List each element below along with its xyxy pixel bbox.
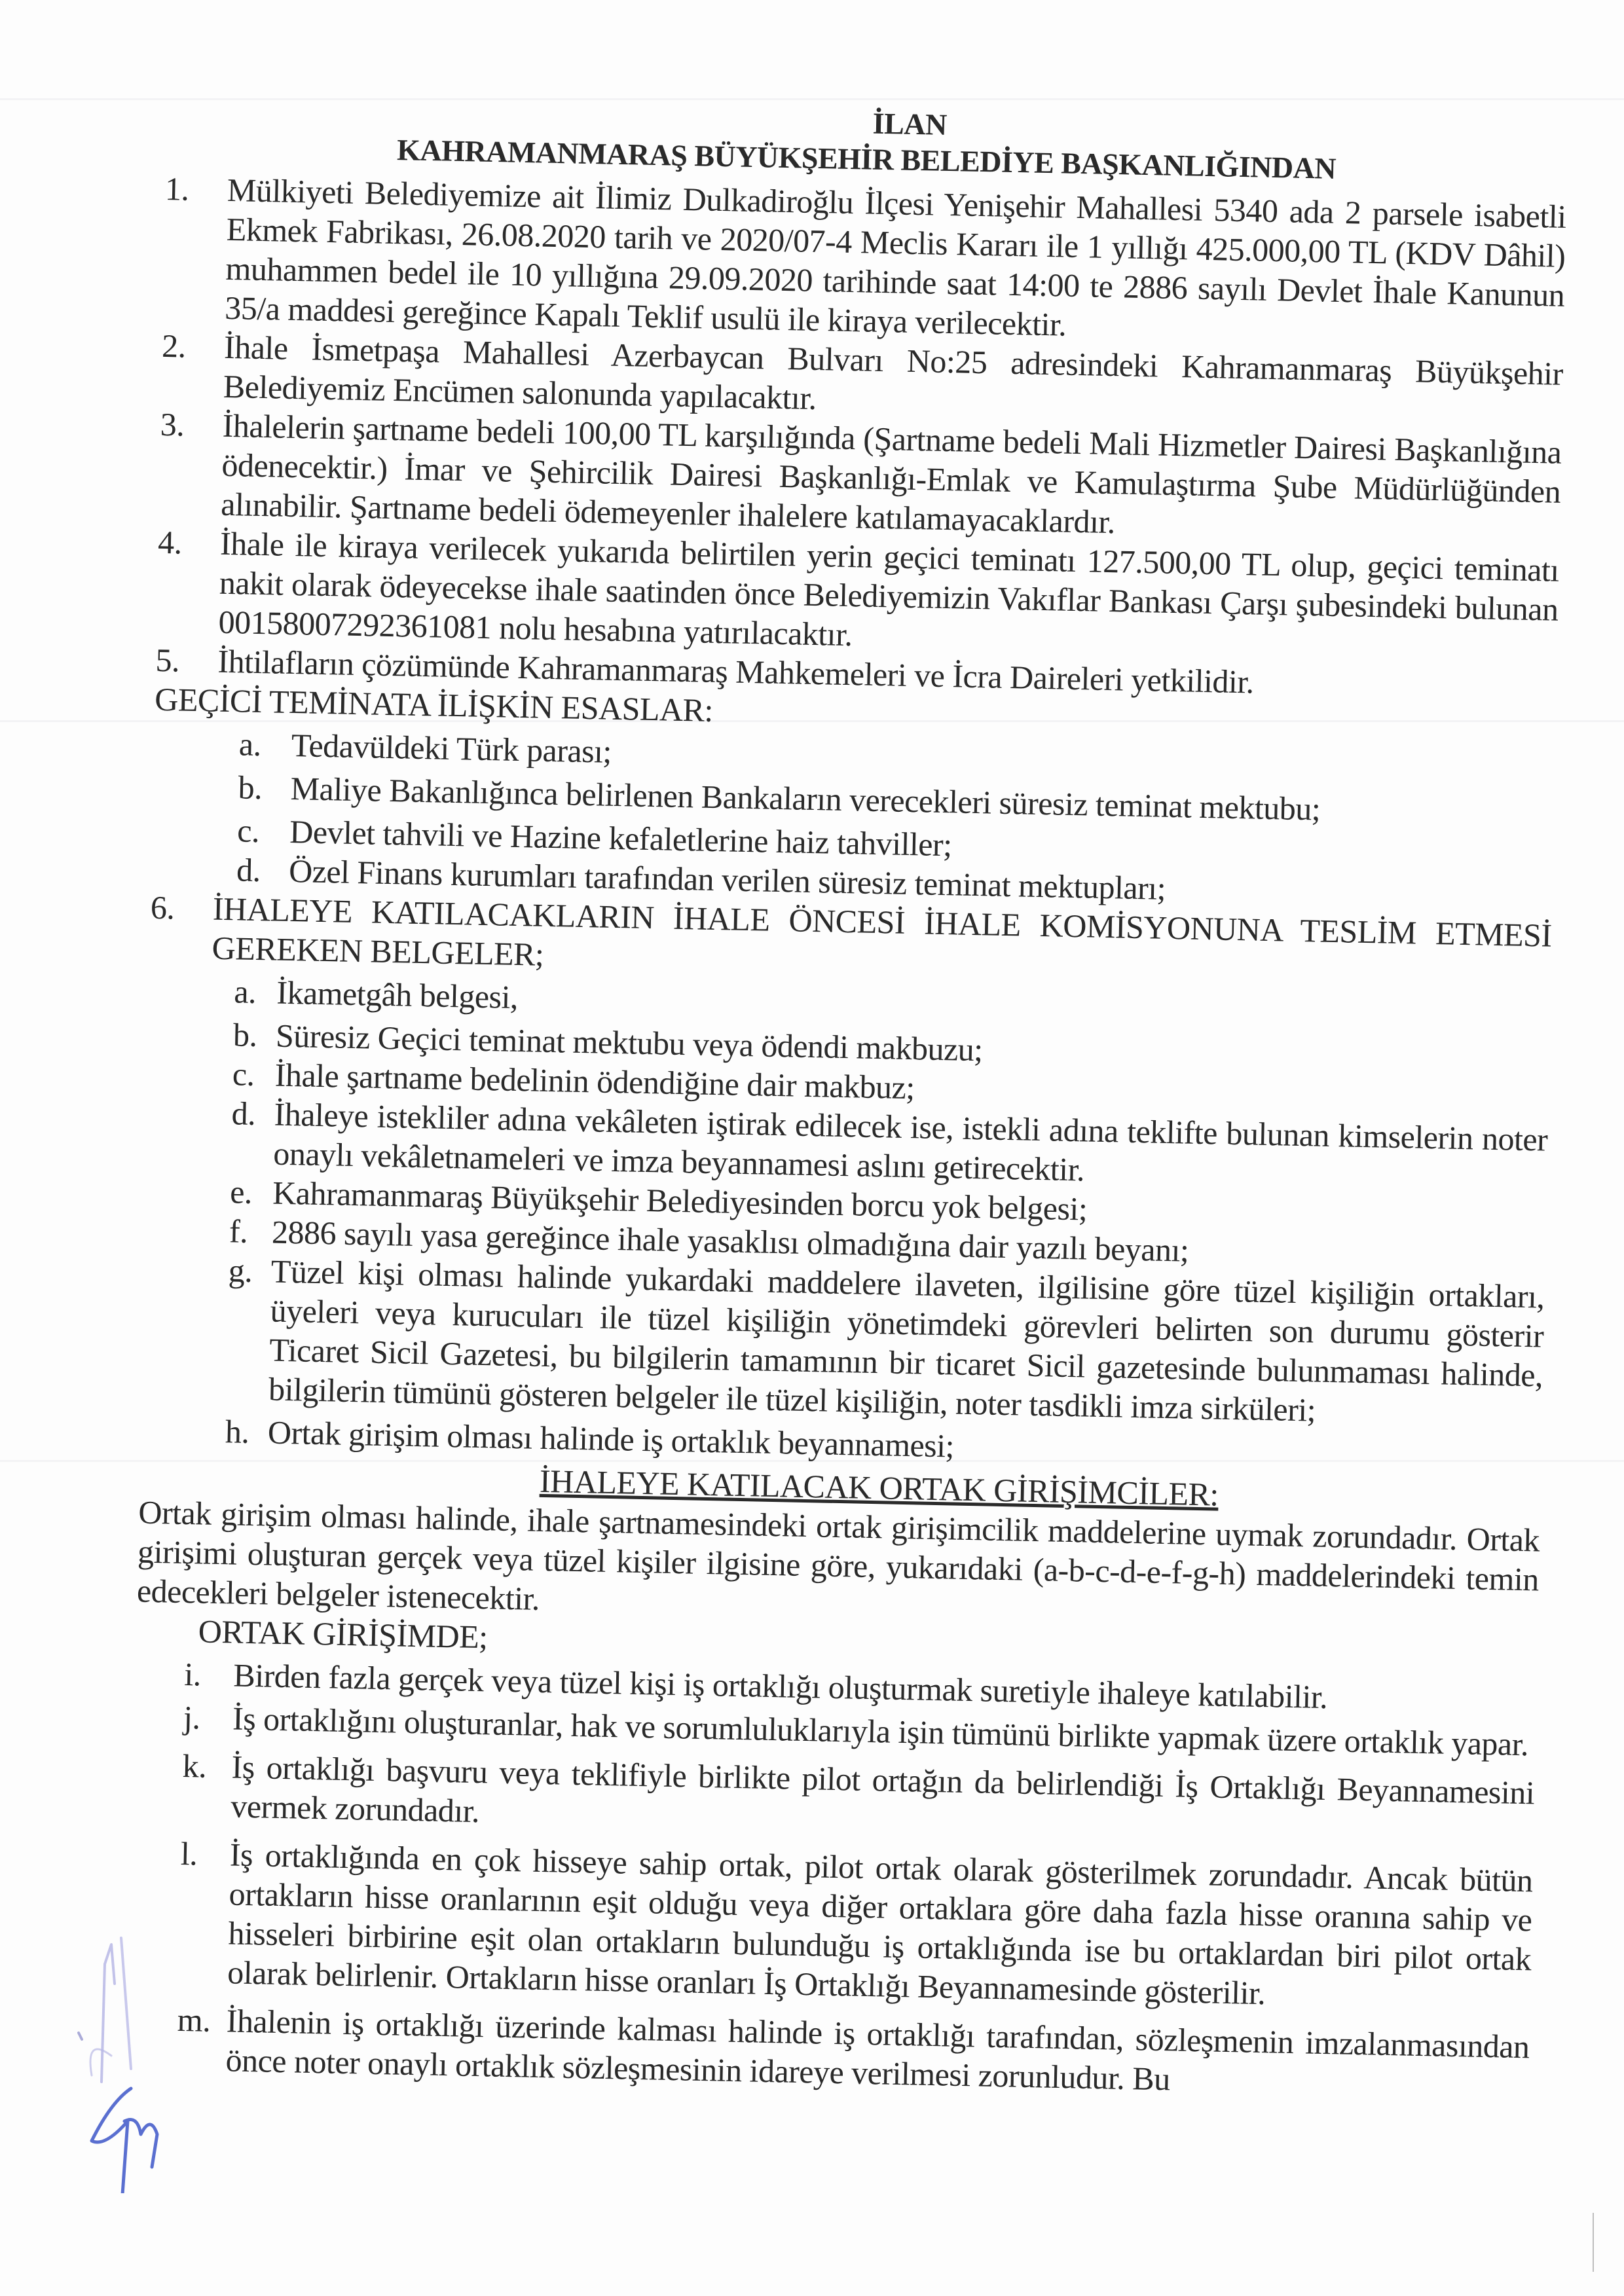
- item-number: 4.: [158, 522, 183, 562]
- handwritten-signature: [65, 1918, 196, 2193]
- item-text: İş ortaklığında en çok hisseye sahip ort…: [227, 1836, 1533, 2011]
- item-letter: e.: [230, 1172, 253, 1212]
- item-text: Tüzel kişi olması halinde yukardaki madd…: [268, 1253, 1545, 1429]
- item-number: 1.: [164, 169, 189, 209]
- numbered-item-1: 1. Mülkiyeti Belediyemize ait İlimiz Dul…: [162, 169, 1566, 354]
- item-letter: b.: [238, 767, 263, 807]
- item-number: 5.: [155, 640, 180, 680]
- item-number: 3.: [160, 405, 185, 445]
- required-documents-list: a. İkametgâh belgesi, b. Süresiz Geçici …: [139, 970, 1550, 1478]
- item-text: Ortak girişim olması halinde iş ortaklık…: [267, 1414, 954, 1465]
- item-text: Tedavüldeki Türk parası;: [291, 727, 612, 770]
- document-body: İLAN KAHRAMANMARAŞ BÜYÜKŞEHİR BELEDİYE B…: [127, 92, 1568, 2105]
- item-letter: f.: [229, 1211, 248, 1251]
- item-letter: a.: [234, 972, 257, 1011]
- item-letter: a.: [238, 724, 261, 764]
- item-number: 2.: [162, 326, 187, 366]
- item-letter: d.: [236, 850, 261, 890]
- item-number: 6.: [150, 888, 175, 928]
- item-letter: i.: [184, 1654, 202, 1694]
- item-letter: c.: [232, 1054, 255, 1094]
- item-letter: l.: [180, 1834, 198, 1873]
- scanned-page: İLAN KAHRAMANMARAŞ BÜYÜKŞEHİR BELEDİYE B…: [0, 0, 1624, 2296]
- item-text: İş ortaklığı başvuru veya teklifiyle bir…: [231, 1749, 1535, 1830]
- joint-venture-list: i. Birden fazla gerçek veya tüzel kişi i…: [127, 1654, 1537, 2106]
- guarantee-list: a. Tedavüldeki Türk parası; b. Maliye Ba…: [151, 723, 1556, 916]
- item-letter: d.: [231, 1093, 256, 1133]
- item-letter: c.: [237, 811, 260, 850]
- list-item: l. İş ortaklığında en çok hisseye sahip …: [129, 1832, 1533, 2018]
- list-item: g. Tüzel kişi olması halinde yukardaki m…: [141, 1249, 1545, 1434]
- item-letter: h.: [225, 1412, 249, 1451]
- item-text: İkametgâh belgesi,: [276, 974, 519, 1015]
- list-item: k. İş ortaklığı başvuru veya teklifiyle …: [132, 1745, 1535, 1851]
- item-letter: k.: [182, 1746, 207, 1786]
- item-letter: j.: [183, 1698, 201, 1737]
- list-item: m. İhalenin iş ortaklığı üzerinde kalmas…: [127, 1999, 1530, 2105]
- item-text: İhalenin iş ortaklığı üzerinde kalması h…: [225, 2002, 1530, 2097]
- scan-edge-mark: [1593, 2213, 1594, 2272]
- item-letter: b.: [233, 1015, 258, 1055]
- item-text: Mülkiyeti Belediyemize ait İlimiz Dulkad…: [225, 172, 1566, 343]
- item-letter: g.: [228, 1250, 253, 1290]
